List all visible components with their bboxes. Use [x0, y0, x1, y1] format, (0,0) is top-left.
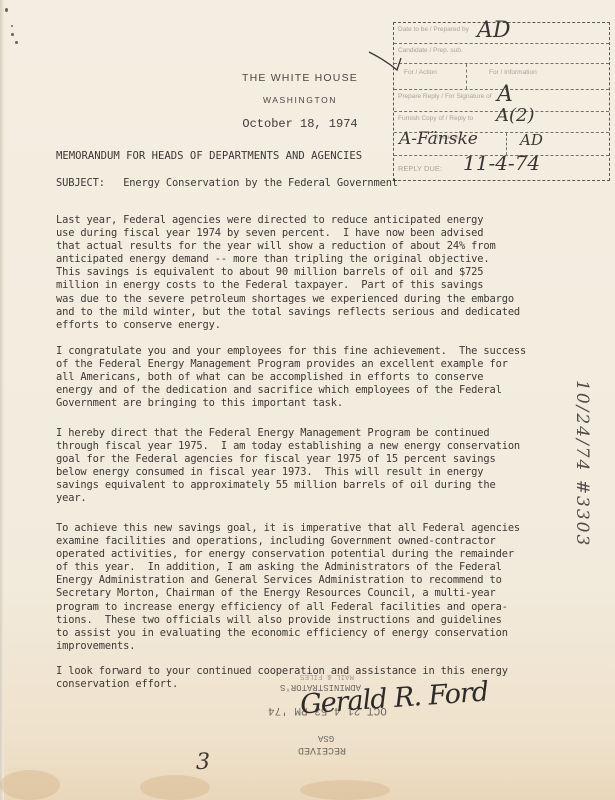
text-line: Government are bringing to this importan…: [56, 397, 526, 410]
paper-edge: [0, 0, 4, 800]
text-line: energy and of the dedication and sacrifi…: [56, 384, 526, 397]
text-line: examine facilities and operations, inclu…: [56, 535, 520, 548]
stamp-label: For / Action: [404, 69, 437, 76]
paragraph-1: Last year, Federal agencies were directe…: [56, 214, 520, 332]
gsa-stamp: GSA: [318, 733, 334, 743]
memo-date: October 18, 1974: [200, 117, 400, 131]
text-line: all Americans, both of what can be accom…: [56, 371, 526, 384]
memo-subject-line: SUBJECT: Energy Conservation by the Fede…: [56, 177, 398, 189]
page-number: 3: [196, 750, 210, 775]
text-line: To achieve this new savings goal, it is …: [56, 522, 520, 535]
text-line: program to increase energy efficiency of…: [56, 601, 520, 614]
paragraph-2: I congratulate you and your employees fo…: [56, 345, 526, 410]
paragraph-4: To achieve this new savings goal, it is …: [56, 522, 520, 653]
speck: [11, 25, 13, 27]
speck: [15, 41, 18, 44]
handwritten-ad-2: AD: [520, 131, 543, 149]
text-line: I look forward to your continued coopera…: [56, 665, 508, 678]
stamp-label: Furnish Copy of / Reply to: [398, 115, 473, 122]
handwritten-a: A: [497, 82, 513, 107]
text-line: through fiscal year 1975. I am today est…: [56, 440, 520, 453]
handwritten-route: A-Fänske: [399, 129, 478, 149]
mail-files-stamp: MAIL & FILES: [300, 672, 354, 680]
text-line: year.: [56, 492, 520, 505]
text-line: operated activities, for energy conserva…: [56, 548, 520, 561]
paper-stain: [300, 780, 390, 800]
speck: [5, 8, 8, 12]
text-line: use during fiscal year 1974 by seven per…: [56, 227, 520, 240]
margin-handwritten-note: 10/24/74 #3303: [572, 380, 592, 547]
stamp-label: Prepare Reply / For Signature of: [398, 93, 492, 100]
check-mark-icon: [367, 48, 407, 78]
stamp-divider: [466, 64, 467, 89]
text-line: I congratulate you and your employees fo…: [56, 345, 526, 358]
paper-stain: [140, 775, 210, 800]
stamp-label: REPLY DUE:: [398, 165, 442, 172]
stamp-label: For / Information: [489, 69, 537, 76]
handwritten-reply-due: 11-4-74: [463, 151, 540, 175]
text-line: Last year, Federal agencies were directe…: [56, 214, 520, 227]
subject-text: Energy Conservation by the Federal Gover…: [123, 177, 398, 189]
text-line: improvements.: [56, 640, 520, 653]
letterhead-city: WASHINGTON: [200, 95, 400, 105]
paragraph-3: I hereby direct that the Federal Energy …: [56, 427, 520, 506]
stamp-label: Date to be / Prepared by: [398, 26, 469, 33]
text-line: tions. These two officials will also pro…: [56, 614, 520, 627]
memo-recipients: MEMORANDUM FOR HEADS OF DEPARTMENTS AND …: [56, 150, 362, 162]
text-line: savings equivalent to approximately 55 m…: [56, 479, 520, 492]
stamp-label: Candidate / Prep. sub.: [398, 47, 463, 54]
paper-stain: [0, 770, 60, 800]
text-line: that actual results for the year will sh…: [56, 240, 520, 253]
text-line: was due to the severe petroleum shortage…: [56, 293, 520, 306]
text-line: of this year. In addition, I am asking t…: [56, 561, 520, 574]
text-line: This savings is equivalent to about 90 m…: [56, 266, 520, 279]
text-line: goal for the Federal agencies for fiscal…: [56, 453, 520, 466]
received-stamp: RECEIVED: [298, 744, 346, 755]
text-line: million in energy costs to the Federal t…: [56, 279, 520, 292]
text-line: Energy Administration and General Servic…: [56, 574, 520, 587]
text-line: Secretary Morton, Chairman of the Energy…: [56, 587, 520, 600]
text-line: I hereby direct that the Federal Energy …: [56, 427, 520, 440]
speck: [11, 33, 14, 36]
stamp-row: Candidate / Prep. sub.: [394, 44, 609, 64]
text-line: anticipated energy demand -- more than t…: [56, 253, 520, 266]
text-line: to assist you in evaluating the economic…: [56, 627, 520, 640]
handwritten-ad: AD: [477, 18, 511, 43]
text-line: below energy consumed in fiscal year 197…: [56, 466, 520, 479]
handwritten-a2: A(2): [496, 105, 535, 126]
subject-label: SUBJECT:: [56, 177, 105, 189]
text-line: of the Federal Energy Management Program…: [56, 358, 526, 371]
text-line: and to the mild winter, but the total sa…: [56, 306, 520, 319]
text-line: efforts to conserve energy.: [56, 319, 520, 332]
